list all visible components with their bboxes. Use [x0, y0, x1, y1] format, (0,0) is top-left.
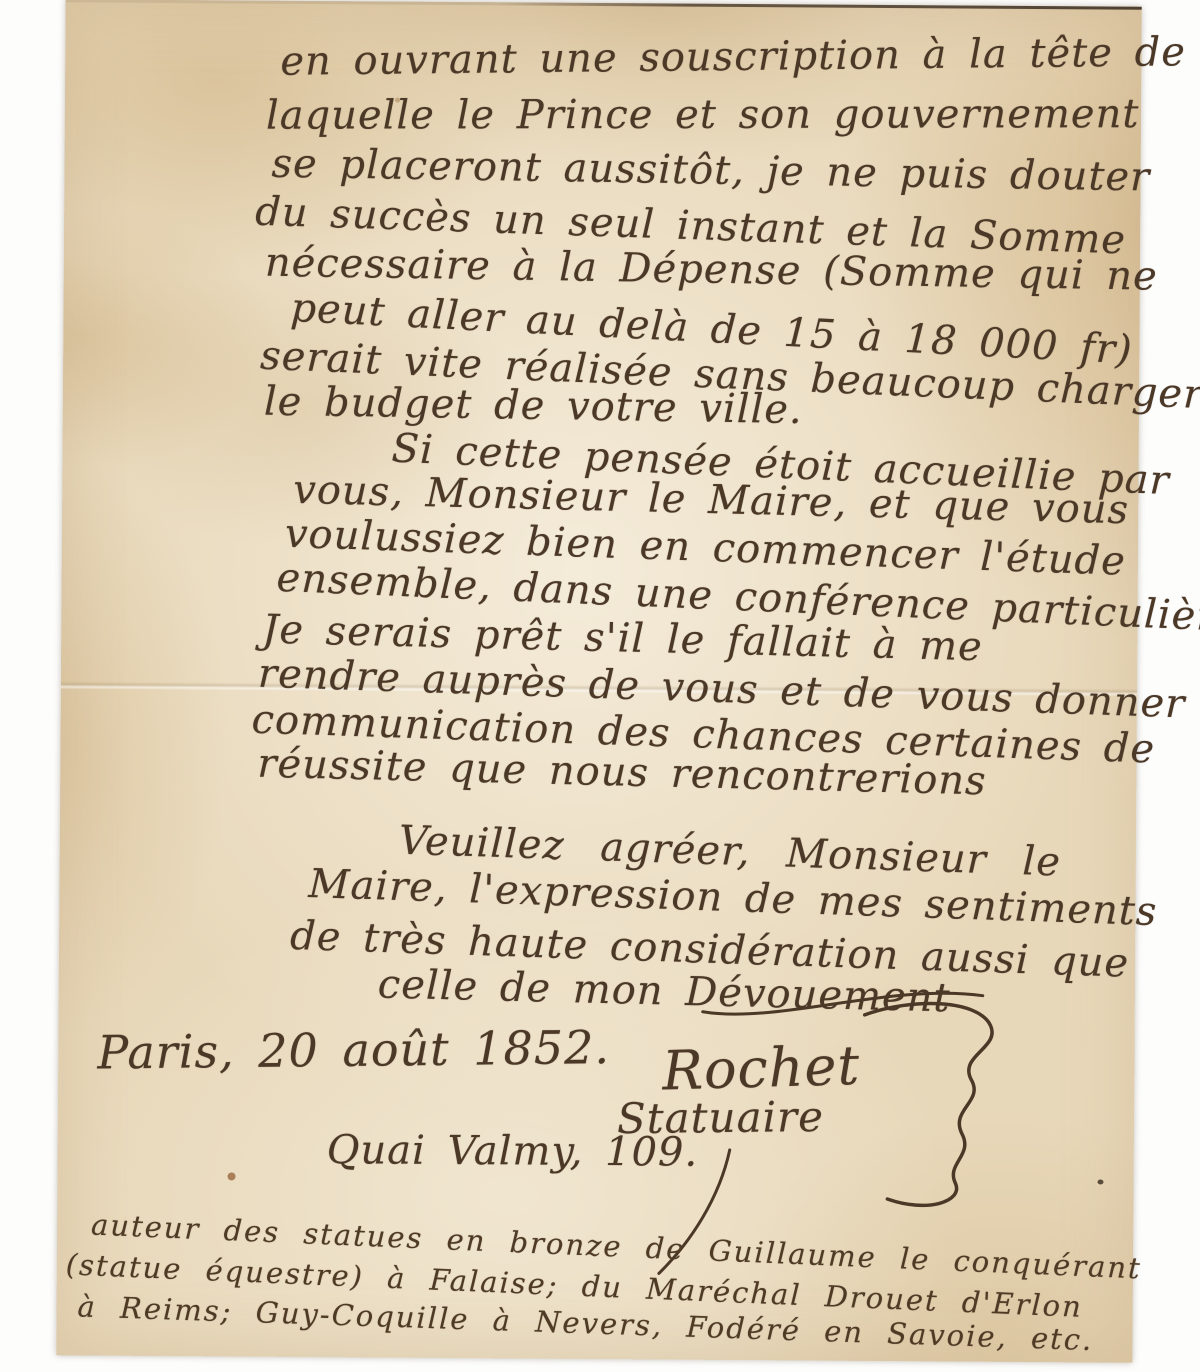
letter-line: le budget de votre ville. [264, 379, 803, 433]
scan-background: en ouvrant une souscription à la tête de… [0, 0, 1200, 1372]
signature-flourish-paraph [857, 995, 1019, 1221]
paper-top-edge [66, 0, 1142, 10]
paper-stain [228, 1172, 236, 1180]
letter-paper: en ouvrant une souscription à la tête de… [56, 0, 1141, 1363]
letter-line: laquelle le Prince et son gouvernement [266, 91, 1140, 139]
letter-line: se placeront aussitôt, je ne puis douter [271, 141, 1150, 201]
letter-line: en ouvrant une souscription à la tête de [280, 29, 1186, 84]
signature-address: Quai Valmy, 109. [327, 1127, 699, 1176]
paper-stain [1097, 1179, 1103, 1184]
dateline: Paris, 20 août 1852. [97, 1020, 610, 1079]
